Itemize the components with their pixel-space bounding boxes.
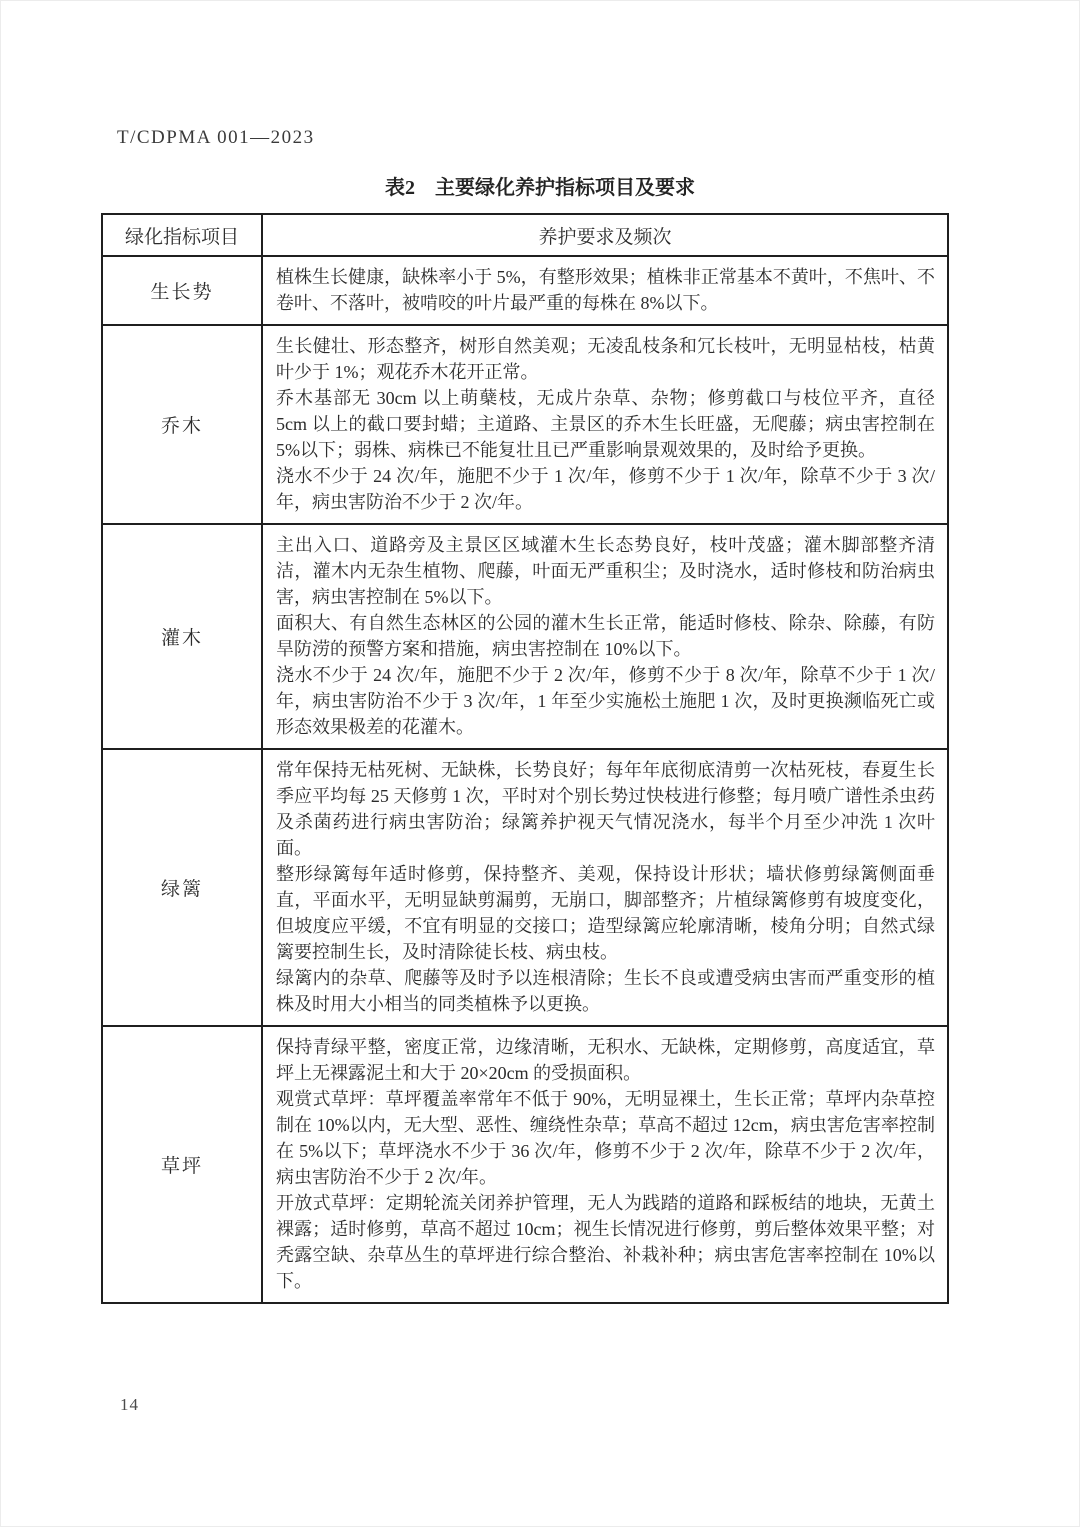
requirement-paragraph: 整形绿篱每年适时修剪，保持整齐、美观，保持设计形状；墙状修剪绿篱侧面垂直，平面水…: [276, 861, 935, 965]
requirement-paragraph: 面积大、有自然生态林区的公园的灌木生长正常，能适时修枝、除杂、除藤，有防旱防涝的…: [276, 610, 935, 662]
requirement-paragraph: 乔木基部无 30cm 以上萌蘖枝，无成片杂草、杂物；修剪截口与枝位平齐，直径 5…: [276, 385, 935, 463]
requirement-paragraph: 主出入口、道路旁及主景区区域灌木生长态势良好，枝叶茂盛；灌木脚部整齐清洁，灌木内…: [276, 532, 935, 610]
row-requirements: 保持青绿平整，密度正常，边缘清晰，无积水、无缺株，定期修剪，高度适宜，草坪上无裸…: [262, 1026, 948, 1303]
requirement-paragraph: 开放式草坪：定期轮流关闭养护管理，无人为践踏的道路和踩板结的地块，无黄土裸露；适…: [276, 1190, 935, 1294]
table-row-lawn: 草坪 保持青绿平整，密度正常，边缘清晰，无积水、无缺株，定期修剪，高度适宜，草坪…: [102, 1026, 948, 1303]
row-requirements: 植株生长健康，缺株率小于 5%，有整形效果；植株非正常基本不黄叶，不焦叶、不卷叶…: [262, 256, 948, 325]
table-row-hedges: 绿篱 常年保持无枯死树、无缺株，长势良好；每年年底彻底清剪一次枯死枝，春夏生长季…: [102, 749, 948, 1026]
requirement-paragraph: 浇水不少于 24 次/年，施肥不少于 1 次/年，修剪不少于 1 次/年，除草不…: [276, 463, 935, 515]
table-wrap: 绿化指标项目 养护要求及频次 生长势 植株生长健康，缺株率小于 5%，有整形效果…: [101, 213, 949, 1304]
table-row-shrubs: 灌木 主出入口、道路旁及主景区区域灌木生长态势良好，枝叶茂盛；灌木脚部整齐清洁，…: [102, 524, 948, 749]
row-item-label: 灌木: [102, 524, 262, 749]
row-requirements: 主出入口、道路旁及主景区区域灌木生长态势良好，枝叶茂盛；灌木脚部整齐清洁，灌木内…: [262, 524, 948, 749]
document-page: T/CDPMA 001—2023 表2 主要绿化养护指标项目及要求 绿化指标项目…: [0, 0, 1080, 1527]
row-requirements: 常年保持无枯死树、无缺株，长势良好；每年年底彻底清剪一次枯死枝，春夏生长季应平均…: [262, 749, 948, 1026]
row-item-label: 乔木: [102, 325, 262, 524]
table-header-row: 绿化指标项目 养护要求及频次: [102, 214, 948, 256]
table-row-trees: 乔木 生长健壮、形态整齐，树形自然美观；无凌乱枝条和冗长枝叶，无明显枯枝，枯黄叶…: [102, 325, 948, 524]
requirement-paragraph: 保持青绿平整，密度正常，边缘清晰，无积水、无缺株，定期修剪，高度适宜，草坪上无裸…: [276, 1034, 935, 1086]
maintenance-table: 绿化指标项目 养护要求及频次 生长势 植株生长健康，缺株率小于 5%，有整形效果…: [101, 213, 949, 1304]
row-item-label: 草坪: [102, 1026, 262, 1303]
page-number: 14: [120, 1395, 139, 1415]
table-row-growth: 生长势 植株生长健康，缺株率小于 5%，有整形效果；植株非正常基本不黄叶，不焦叶…: [102, 256, 948, 325]
requirement-paragraph: 常年保持无枯死树、无缺株，长势良好；每年年底彻底清剪一次枯死枝，春夏生长季应平均…: [276, 757, 935, 861]
row-requirements: 生长健壮、形态整齐，树形自然美观；无凌乱枝条和冗长枝叶，无明显枯枝，枯黄叶少于 …: [262, 325, 948, 524]
header-indicator-item: 绿化指标项目: [102, 214, 262, 256]
table-title: 表2 主要绿化养护指标项目及要求: [1, 171, 1079, 200]
row-item-label: 生长势: [102, 256, 262, 325]
row-item-label: 绿篱: [102, 749, 262, 1026]
requirement-paragraph: 生长健壮、形态整齐，树形自然美观；无凌乱枝条和冗长枝叶，无明显枯枝，枯黄叶少于 …: [276, 333, 935, 385]
requirement-paragraph: 绿篱内的杂草、爬藤等及时予以连根清除；生长不良或遭受病虫害而严重变形的植株及时用…: [276, 965, 935, 1017]
requirement-paragraph: 观赏式草坪：草坪覆盖率常年不低于 90%，无明显裸土，生长正常；草坪内杂草控制在…: [276, 1086, 935, 1190]
doc-code: T/CDPMA 001—2023: [117, 127, 315, 149]
header-requirements: 养护要求及频次: [262, 214, 948, 256]
requirement-paragraph: 植株生长健康，缺株率小于 5%，有整形效果；植株非正常基本不黄叶，不焦叶、不卷叶…: [276, 264, 935, 316]
requirement-paragraph: 浇水不少于 24 次/年，施肥不少于 2 次/年，修剪不少于 8 次/年，除草不…: [276, 662, 935, 740]
